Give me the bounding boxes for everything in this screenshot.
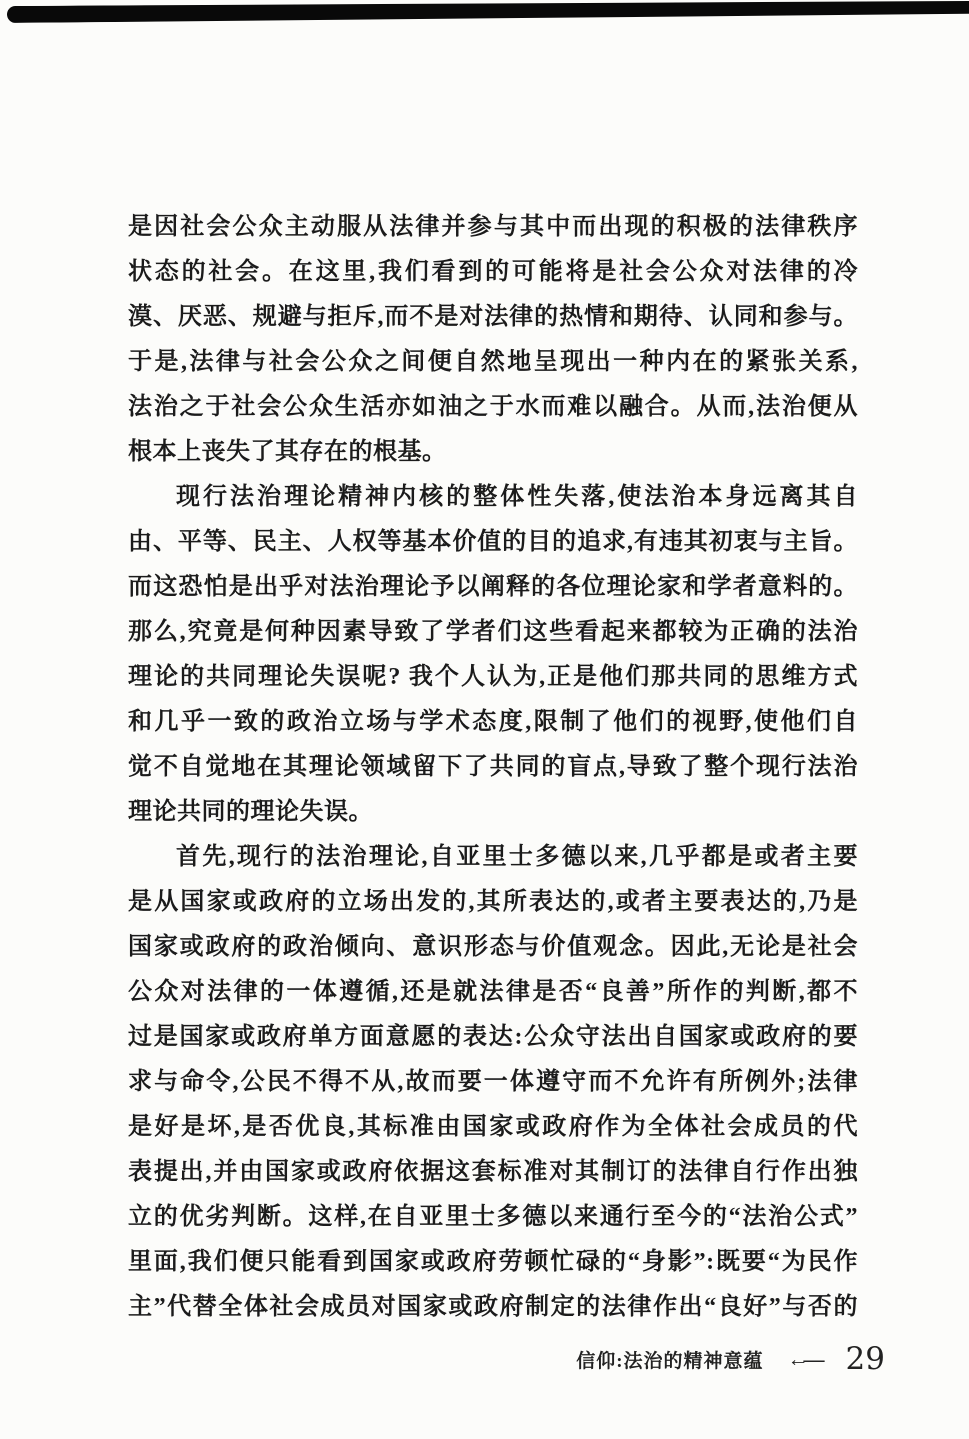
left-arrow-icon: ←— [788, 1347, 820, 1372]
text-line: 公众对法律的一体遵循,还是就法律是否“良善”所作的判断,都不 [128, 970, 858, 1015]
text-line: 立的优劣判断。这样,在自亚里士多德以来通行至今的“法治公式” [128, 1195, 858, 1240]
text-line: 状态的社会。在这里,我们看到的可能将是社会公众对法律的冷 [128, 250, 858, 295]
text-line: 是从国家或政府的立场出发的,其所表达的,或者主要表达的,乃是 [128, 880, 858, 925]
text-line: 理论的共同理论失误呢? 我个人认为,正是他们那共同的思维方式 [128, 655, 858, 700]
text-line: 过是国家或政府单方面意愿的表达:公众守法出自国家或政府的要 [128, 1015, 858, 1060]
text-line: 理论共同的理论失误。 [128, 790, 858, 835]
text-line: 那么,究竟是何种因素导致了学者们这些看起来都较为正确的法治 [128, 610, 858, 655]
text-line: 表提出,并由国家或政府依据这套标准对其制订的法律自行作出独 [128, 1150, 858, 1195]
page-number: 29 [846, 1341, 885, 1377]
text-line: 首先,现行的法治理论,自亚里士多德以来,几乎都是或者主要 [128, 835, 858, 880]
text-line: 是好是坏,是否优良,其标准由国家或政府作为全体社会成员的代 [128, 1105, 858, 1150]
text-line: 由、平等、民主、人权等基本价值的目的追求,有违其初衷与主旨。 [128, 520, 858, 565]
text-line: 主”代替全体社会成员对国家或政府制定的法律作出“良好”与否的 [128, 1285, 858, 1330]
text-line: 国家或政府的政治倾向、意识形态与价值观念。因此,无论是社会 [128, 925, 858, 970]
text-line: 现行法治理论精神内核的整体性失落,使法治本身远离其自 [128, 475, 858, 520]
text-line: 和几乎一致的政治立场与学术态度,限制了他们的视野,使他们自 [128, 700, 858, 745]
text-line: 法治之于社会公众生活亦如油之于水而难以融合。从而,法治便从 [128, 385, 858, 430]
text-line: 于是,法律与社会公众之间便自然地呈现出一种内在的紧张关系, [128, 340, 858, 385]
scan-artifact-bar [7, 0, 969, 23]
text-line: 漠、厌恶、规避与拒斥,而不是对法律的热情和期待、认同和参与。 [128, 295, 858, 340]
text-line: 觉不自觉地在其理论领域留下了共同的盲点,导致了整个现行法治 [128, 745, 858, 790]
text-line: 是因社会公众主动服从法律并参与其中而出现的积极的法律秩序 [128, 205, 858, 250]
page-footer: 信仰:法治的精神意蕴 ←— 29 [576, 1341, 885, 1377]
text-line: 里面,我们便只能看到国家或政府劳顿忙碌的“身影”:既要“为民作 [128, 1240, 858, 1285]
book-page: 是因社会公众主动服从法律并参与其中而出现的积极的法律秩序 状态的社会。在这里,我… [0, 0, 969, 1439]
running-title: 信仰:法治的精神意蕴 [576, 1346, 763, 1373]
body-text: 是因社会公众主动服从法律并参与其中而出现的积极的法律秩序 状态的社会。在这里,我… [128, 205, 858, 1330]
text-line: 而这恐怕是出乎对法治理论予以阐释的各位理论家和学者意料的。 [128, 565, 858, 610]
text-line: 根本上丧失了其存在的根基。 [128, 430, 858, 475]
text-line: 求与命令,公民不得不从,故而要一体遵守而不允许有所例外;法律 [128, 1060, 858, 1105]
